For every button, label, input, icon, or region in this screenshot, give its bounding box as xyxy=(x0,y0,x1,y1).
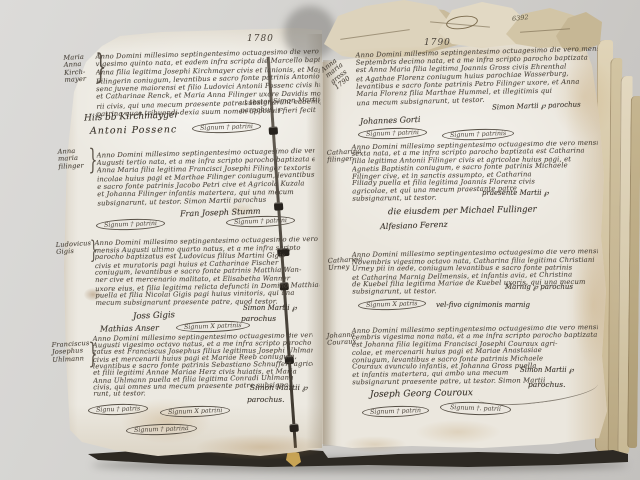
priest-attestation: ut testor Simon Martiiparochus. ℘ xyxy=(240,97,320,115)
signature: Joseph Georg Couroux xyxy=(370,388,473,400)
priest-signature: Simon Martii ℘ xyxy=(520,366,574,374)
fragment-note: 6392 xyxy=(512,13,529,23)
entry-text: Anno Domini millesimo septingentesimo oc… xyxy=(95,236,320,307)
margin-note: LudovicusGigis xyxy=(56,240,93,257)
priest-signature: parochus xyxy=(241,314,276,323)
left-page-number: 1780 xyxy=(247,34,274,44)
entry-text: Anno Domini millesimo septingentesimo oc… xyxy=(352,140,599,203)
priest-signature: parochus. xyxy=(247,395,284,404)
priest-signature: Marnig ℘ parochus xyxy=(505,283,573,291)
priest-signature: Simon Martii ℘ xyxy=(243,304,297,312)
signature: Antoni Possenc xyxy=(90,124,177,137)
binding-stitch xyxy=(289,424,299,433)
stain xyxy=(416,420,500,444)
priest-signature: Simon Martii ℘ xyxy=(250,383,308,392)
entry-text: Anno Domini millesimo septingentesimo oc… xyxy=(97,147,316,207)
signature: Joss Gigis xyxy=(133,310,175,321)
binding-stitch xyxy=(269,126,279,135)
stain xyxy=(344,436,406,453)
priest-signature: praesente Martii ℘ xyxy=(482,189,549,197)
scanned-register-photo: { "register": { "left_page": { "page_num… xyxy=(0,0,640,480)
right-page-number: 1790 xyxy=(424,38,451,48)
margin-note: MariaAnnaKirch-mayer xyxy=(63,53,97,84)
margin-note: FranciscusJosephusUhlmann xyxy=(51,340,90,364)
signature: Mathias Anser xyxy=(100,323,159,333)
stain xyxy=(196,434,328,460)
margin-note: Annamariafilinger xyxy=(57,147,88,171)
annotation-text: vel-fivo cignimonis marnig xyxy=(436,301,530,309)
entry-text: Anno Domini millesimo septingentesimo oc… xyxy=(355,45,598,106)
